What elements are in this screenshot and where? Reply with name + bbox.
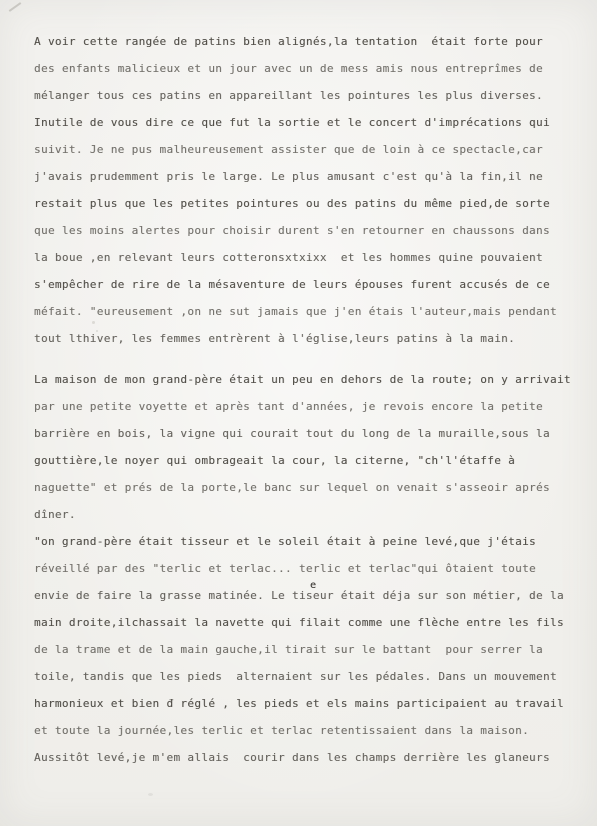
text-line: envie de faire la grasse matinée. Le tis… [34,588,577,615]
text-line: mélanger tous ces patins en appareillant… [34,88,577,115]
text-line: restait plus que les petites pointures o… [34,196,577,223]
text-line: Aussitôt levé,je m'em allais courir dans… [34,750,577,777]
text-line: de la trame et de la main gauche,il tira… [34,642,577,669]
text-line: par une petite voyette et après tant d'a… [34,399,577,426]
text-line: suivit. Je ne pus malheureusement assist… [34,142,577,169]
typed-correction-superscript: e [310,580,316,591]
scan-corner-mark [9,2,22,12]
text-line: dîner. [34,507,577,534]
text-line: toile, tandis que les pieds alternaient … [34,669,577,696]
scan-speckle [92,321,95,324]
text-line: main droite,ilchassait la navette qui fi… [34,615,577,642]
text-line: Inutile de vous dire ce que fut la sorti… [34,115,577,142]
text-line: la boue ,en relevant leurs cotteronsxtxi… [34,250,577,277]
text-line: j'avais prudemment pris le large. Le plu… [34,169,577,196]
text-line: "on grand-père était tisseur et le solei… [34,534,577,561]
scan-speckle [148,793,153,796]
text-line: A voir cette rangée de patins bien align… [34,34,577,61]
scanned-page: A voir cette rangée de patins bien align… [0,0,597,826]
text-line: tout lthiver, les femmes entrèrent à l'é… [34,331,577,358]
paragraph-weaver: "on grand-père était tisseur et le solei… [34,534,577,777]
text-line: que les moins alertes pour choisir duren… [34,223,577,250]
text-line: La maison de mon grand-père était un peu… [34,372,577,399]
text-line: barrière en bois, la vigne qui courait t… [34,426,577,453]
document-text: A voir cette rangée de patins bien align… [34,34,577,777]
paragraph-skates: A voir cette rangée de patins bien align… [34,34,577,358]
text-line: des enfants malicieux et un jour avec un… [34,61,577,88]
text-line: harmonieux et bien đ réglé , les pieds e… [34,696,577,723]
text-line: méfait. "eureusement ,on ne sut jamais q… [34,304,577,331]
text-line: s'empêcher de rire de la mésaventure de … [34,277,577,304]
text-line: gouttière,le noyer qui ombrageait la cou… [34,453,577,480]
text-line: naguette" et prés de la porte,le banc su… [34,480,577,507]
text-line: réveillé par des "terlic et terlac... te… [34,561,577,588]
paragraph-grandfathers-house: La maison de mon grand-père était un peu… [34,372,577,534]
scan-speckle [96,330,98,332]
text-line: et toute la journée,les terlic et terlac… [34,723,577,750]
